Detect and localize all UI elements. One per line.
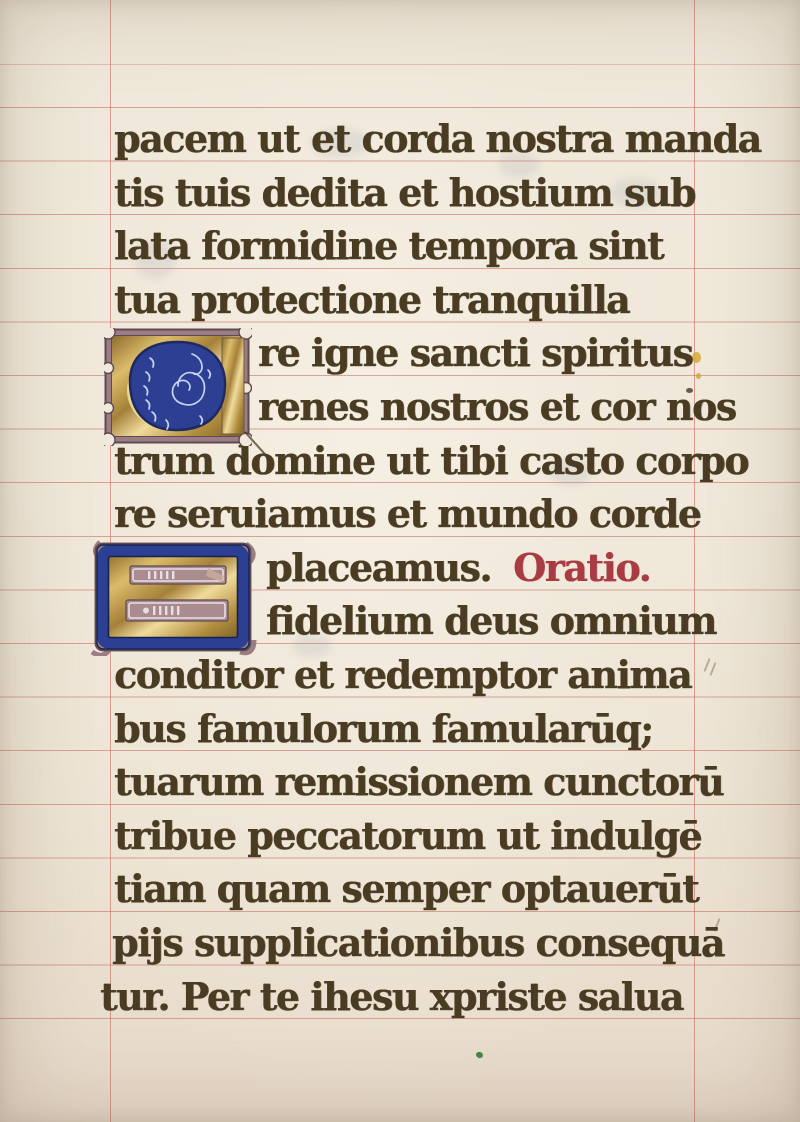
text-line: re seruiamus et mundo corde (114, 487, 700, 541)
text-line: tur. Per te ihesu xpriste salua (100, 970, 683, 1024)
text-line: conditor et redemptor anima (114, 648, 691, 702)
ruled-line-top-extra (0, 64, 800, 65)
rubric-oratio: Oratio. (513, 545, 650, 590)
text-line: bus famulorum famularūq; (114, 702, 653, 756)
text-line: fidelium deus omnium (266, 594, 716, 648)
text-line: tiam quam semper optauerūt (114, 862, 698, 916)
text-line: placeamus.Oratio. (266, 541, 650, 595)
gold-speck (696, 373, 701, 379)
text-line: lata formidine tempora sint (114, 219, 663, 273)
illuminated-initial-V (104, 328, 252, 446)
text-line: re igne sancti spiritus (258, 326, 692, 380)
text-line: tis tuis dedita et hostium sub (114, 166, 695, 220)
green-speck (475, 1051, 484, 1059)
text-line: pijs supplicationibus consequā (112, 916, 724, 970)
gold-speck (692, 352, 701, 363)
text-line: pacem ut et corda nostra manda (114, 112, 761, 166)
text-line: tua protectione tranquilla (114, 273, 629, 327)
text-line: renes nostros et cor nos (258, 380, 736, 434)
manuscript-page: pacem ut et corda nostra manda tis tuis … (0, 0, 800, 1122)
text-line: tuarum remissionem cunctorū (114, 755, 723, 809)
text-line: tribue peccatorum ut indulgē (114, 809, 701, 863)
illuminated-initial-F (90, 540, 258, 656)
